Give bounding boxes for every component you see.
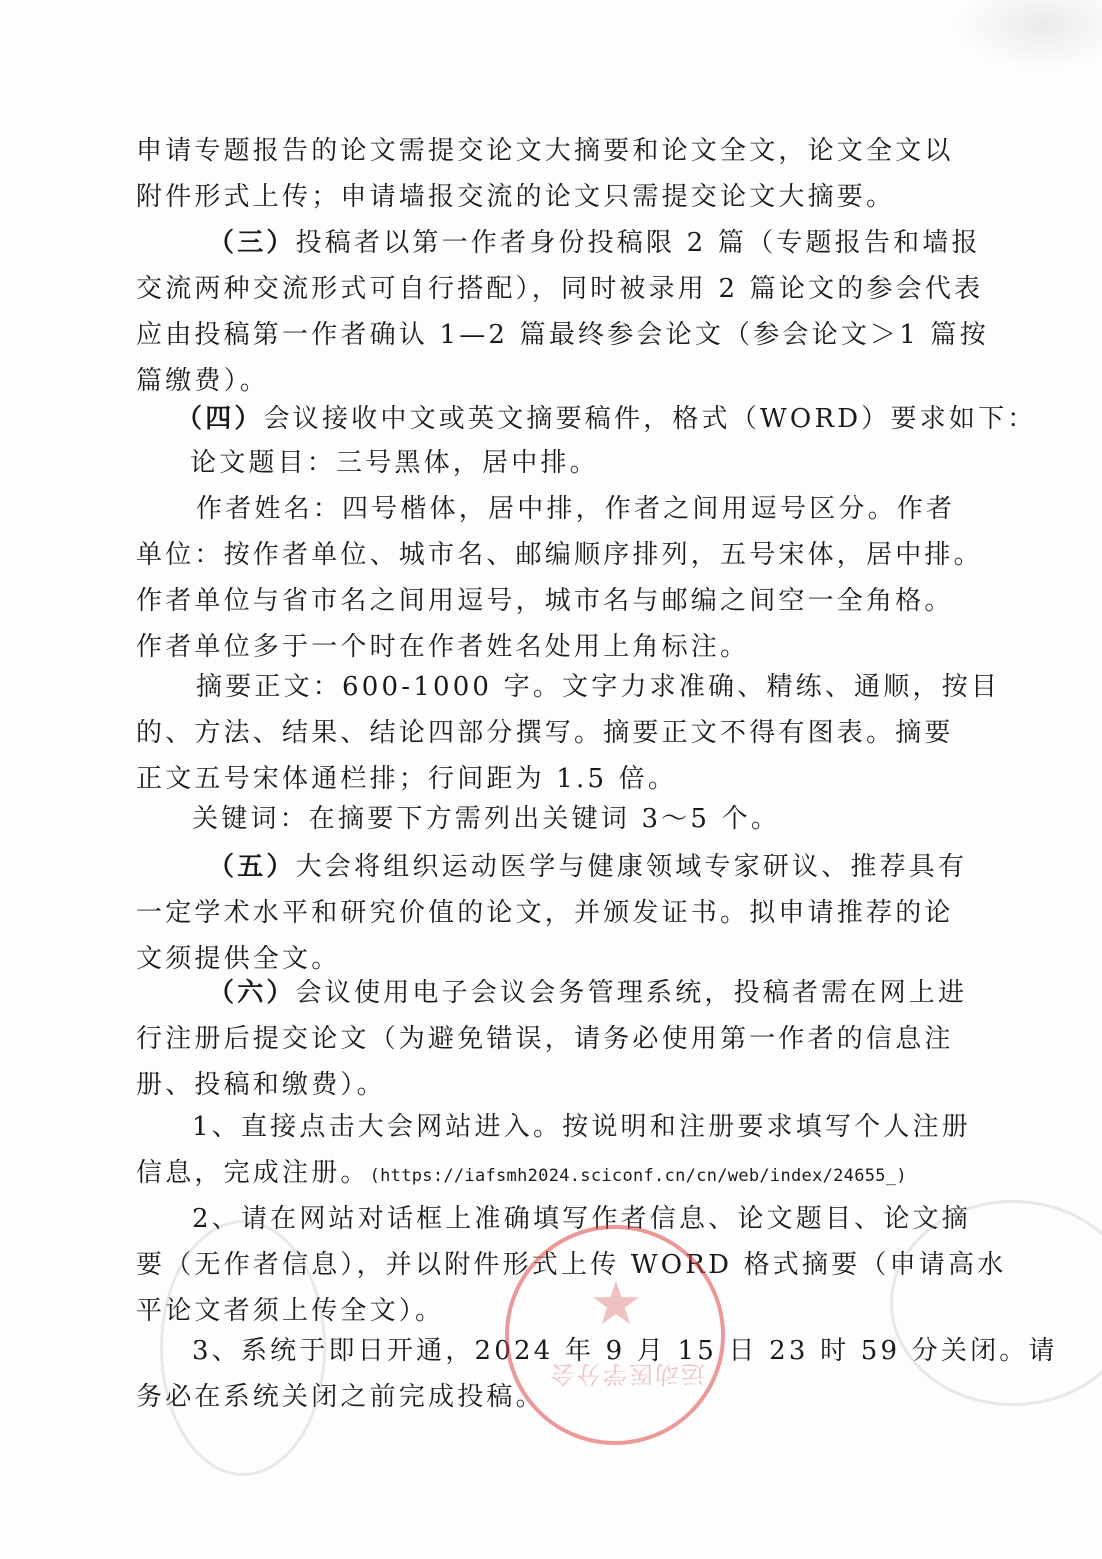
text-line: （五）大会将组织运动医学与健康领域专家研议、推荐具有 — [208, 845, 967, 889]
text-line: 论文题目：三号黑体，居中排。 — [190, 441, 599, 485]
text-line: 关键词：在摘要下方需列出关键词 3～5 个。 — [192, 797, 780, 841]
text-line: 册、投稿和缴费）。 — [136, 1063, 386, 1107]
text-line: 作者单位多于一个时在作者姓名处用上角标注。 — [136, 625, 749, 669]
scan-smudge — [952, 0, 1102, 70]
text-line: 应由投稿第一作者确认 1—2 篇最终参会论文（参会论文＞1 篇按 — [136, 313, 989, 357]
text-line: 1、直接点击大会网站进入。按说明和注册要求填写个人注册 — [192, 1105, 971, 1149]
text-line: 行注册后提交论文（为避免错误，请务必使用第一作者的信息注 — [136, 1017, 954, 1061]
text-line: （三）投稿者以第一作者身份投稿限 2 篇（专题报告和墙报 — [208, 221, 981, 265]
text-line: 2、请在网站对话框上准确填写作者信息、论文题目、论文摘 — [192, 1197, 971, 1241]
text-line: 一定学术水平和研究价值的论文，并颁发证书。拟申请推荐的论 — [136, 891, 954, 935]
section-number: （六） — [208, 978, 296, 1008]
text-line: 3、系统于即日开通，2024 年 9 月 15 日 23 时 59 分关闭。请 — [192, 1329, 1058, 1373]
text-line: 附件形式上传；申请墙报交流的论文只需提交论文大摘要。 — [136, 175, 895, 219]
text-line: 正文五号宋体通栏排；行间距为 1.5 倍。 — [136, 757, 677, 801]
text-line: 申请专题报告的论文需提交论文大摘要和论文全文，论文全文以 — [136, 129, 954, 173]
text-line: 的、方法、结果、结论四部分撰写。摘要正文不得有图表。摘要 — [136, 711, 954, 755]
text-line: 单位：按作者单位、城市名、邮编顺序排列，五号宋体，居中排。 — [136, 533, 983, 577]
text-line: 务必在系统关闭之前完成投稿。 — [136, 1375, 545, 1419]
section-number: （五） — [208, 852, 296, 882]
text-line: 摘要正文：600-1000 字。文字力求准确、精练、通顺，按目 — [196, 665, 1000, 709]
section-number: （三） — [208, 228, 296, 258]
text-line: 作者单位与省市名之间用逗号，城市名与邮编之间空一全角格。 — [136, 579, 954, 623]
text-line: （六）会议使用电子会议会务管理系统，投稿者需在网上进 — [208, 971, 967, 1015]
text-line: 交流两种交流形式可自行搭配），同时被录用 2 篇论文的参会代表 — [136, 267, 983, 311]
document-page: 申请专题报告的论文需提交论文大摘要和论文全文，论文全文以 附件形式上传；申请墙报… — [0, 0, 1102, 1559]
text-line: 作者姓名：四号楷体，居中排，作者之间用逗号区分。作者 — [196, 487, 955, 531]
text-line: （四）会议接收中文或英文摘要稿件，格式（WORD）要求如下： — [176, 397, 1036, 441]
text-line: 信息，完成注册。(https://iafsmh2024.sciconf.cn/c… — [136, 1151, 907, 1195]
text-line: 要（无作者信息），并以附件形式上传 WORD 格式摘要（申请高水 — [136, 1243, 1006, 1287]
conference-website-link[interactable]: (https://iafsmh2024.sciconf.cn/cn/web/in… — [370, 1166, 907, 1186]
text-line: 平论文者须上传全文）。 — [136, 1289, 444, 1333]
section-number: （四） — [176, 404, 264, 434]
